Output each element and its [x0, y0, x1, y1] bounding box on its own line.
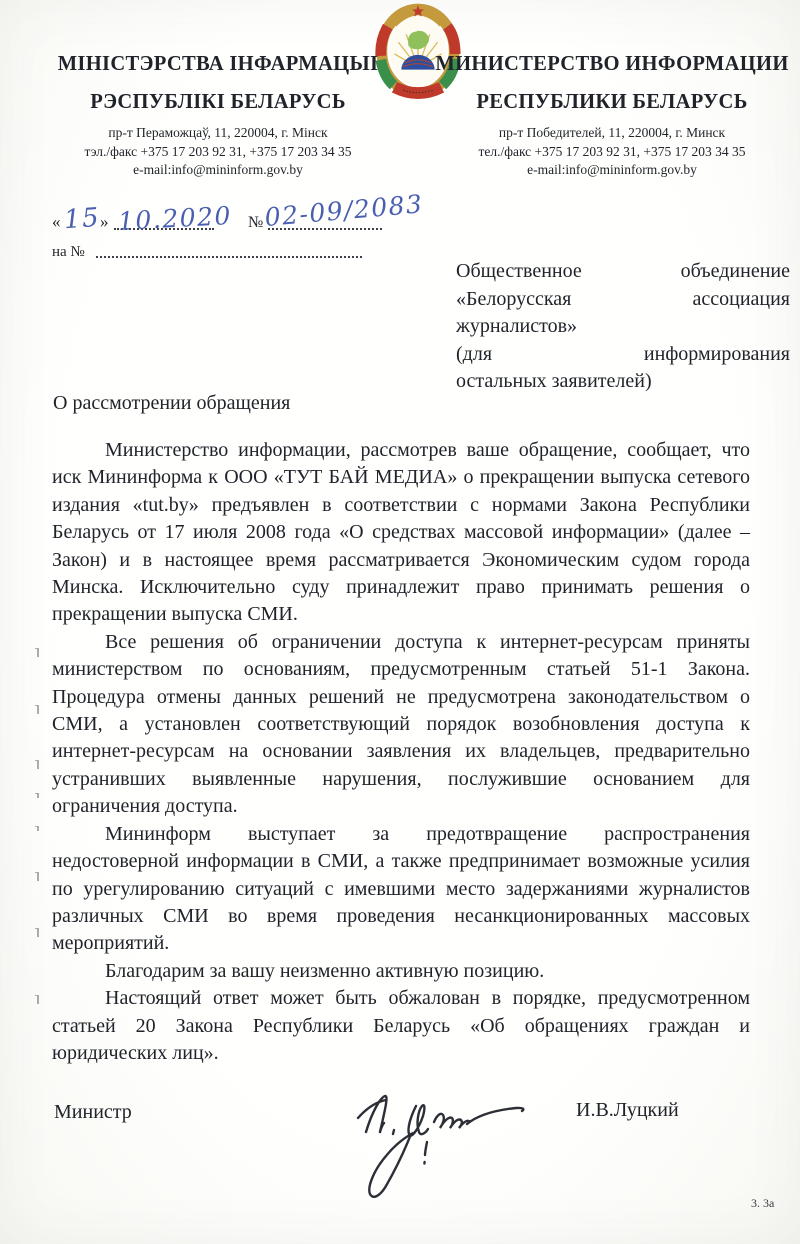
paragraph: Настоящий ответ может быть обжалован в п… — [52, 985, 750, 1067]
phone-by: тэл./факс +375 17 203 92 31, +375 17 203… — [38, 143, 398, 162]
ministry-title-ru-line1: МИНИСТЕРСТВО ИНФОРМАЦИИ — [434, 44, 791, 82]
ministry-title-by-line2: РЭСПУБЛІКІ БЕЛАРУСЬ — [42, 82, 395, 120]
email-ru: e-mail:info@mininform.gov.by — [430, 161, 794, 180]
addressee-line: Общественное объединение — [456, 258, 790, 286]
signer-position: Министр — [54, 1101, 132, 1124]
phone-ru: тел./факс +375 17 203 92 31, +375 17 203… — [430, 143, 794, 162]
reply-to-line: на № — [52, 240, 382, 264]
address-ru: пр-т Победителей, 11, 220004, г. Минск — [430, 124, 794, 143]
scan-artifact — [35, 872, 39, 881]
date-number-line: « 15 » 10.2020 № 02-09/2083 — [52, 194, 382, 234]
addressee-line: остальных заявителей) — [456, 368, 790, 396]
letterhead-russian: МИНИСТЕРСТВО ИНФОРМАЦИИ РЕСПУБЛИКИ БЕЛАР… — [430, 44, 794, 180]
reply-label: на № — [52, 244, 85, 261]
subject-line: О рассмотрении обращения — [53, 392, 290, 415]
address-by: пр-т Пераможцаў, 11, 220004, г. Мінск — [38, 124, 398, 143]
signer-name: И.В.Луцкий — [576, 1099, 679, 1122]
letter-body: Министерство информации, рассмотрев ваше… — [52, 437, 750, 1067]
scan-artifact — [35, 826, 39, 831]
addressee-line: (для информирования — [456, 341, 790, 369]
handwritten-date: 10.2020 — [117, 201, 232, 236]
quote-open: « — [52, 212, 61, 232]
handwritten-signature-icon — [310, 1072, 550, 1212]
email-by: e-mail:info@mininform.gov.by — [38, 161, 398, 180]
letterhead-belarusian: МІНІСТЭРСТВА ІНФАРМАЦЫІ РЭСПУБЛІКІ БЕЛАР… — [38, 44, 398, 180]
page-corner-mark: 3. 3а — [751, 1196, 774, 1211]
scan-artifact — [35, 648, 39, 657]
ministry-title-ru-line2: РЕСПУБЛИКИ БЕЛАРУСЬ — [434, 82, 791, 120]
scan-artifact — [35, 793, 39, 798]
addressee-line: журналистов» — [456, 313, 790, 341]
reference-block: « 15 » 10.2020 № 02-09/2083 на № — [52, 194, 382, 264]
handwritten-number: 02-09/2083 — [263, 189, 424, 232]
ministry-title-by-line1: МІНІСТЭРСТВА ІНФАРМАЦЫІ — [42, 44, 395, 82]
paragraph: Все решения об ограничении доступа к инт… — [52, 629, 750, 821]
scan-artifact — [35, 928, 39, 937]
scan-artifact — [35, 760, 39, 769]
addressee-line: «Белорусская ассоциация — [456, 286, 790, 314]
handwritten-day: 15 — [63, 203, 101, 235]
dotted-line-reply — [96, 256, 362, 258]
quote-close: » — [100, 212, 109, 232]
paragraph: Благодарим за вашу неизменно активную по… — [52, 958, 750, 985]
paragraph: Мининформ выступает за предотвращение ра… — [52, 821, 750, 958]
scan-artifact — [35, 995, 39, 1004]
scan-artifact — [35, 705, 39, 714]
scanned-letter-page: МІНІСТЭРСТВА ІНФАРМАЦЫІ РЭСПУБЛІКІ БЕЛАР… — [0, 0, 800, 1244]
addressee-block: Общественное объединение «Белорусская ас… — [456, 258, 790, 396]
paragraph: Министерство информации, рассмотрев ваше… — [52, 437, 750, 629]
number-sign: № — [248, 214, 263, 232]
